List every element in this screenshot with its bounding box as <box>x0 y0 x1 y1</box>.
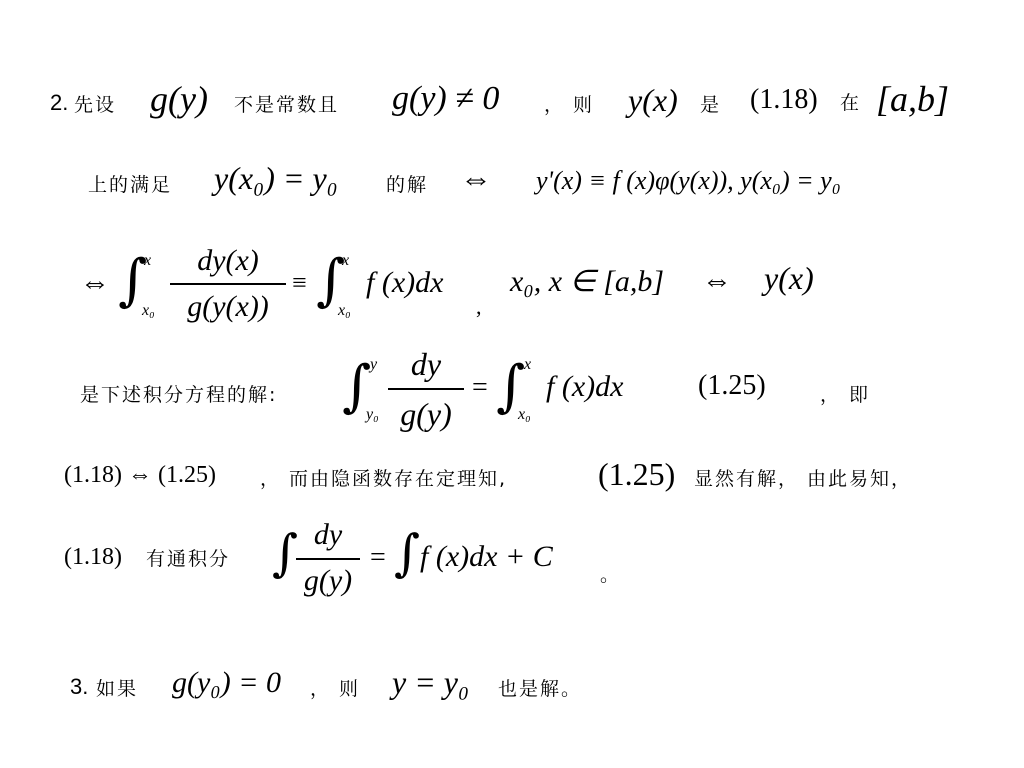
text: ， 即 <box>820 380 870 407</box>
integral-lower-limit: y₀ <box>366 406 379 424</box>
item2-line3: ⇔ ∫ x x₀ dy(x) g(y(x)) ≡ ∫ x x₀ f (x)dx … <box>80 240 840 330</box>
text: 如果 <box>96 674 138 701</box>
math-y-x: y(x) <box>764 260 814 297</box>
text: ， 而由隐函数存在定理知, <box>260 464 507 491</box>
integral-sign: ∫ <box>272 524 298 582</box>
equiv-sign: ≡ <box>292 268 307 298</box>
period: 。 <box>600 560 621 587</box>
integrand: f (x)dx <box>366 266 443 300</box>
integral-upper-limit: x <box>524 356 531 374</box>
integral-upper-limit: y <box>370 356 377 374</box>
equals-sign: = <box>370 542 386 574</box>
comma: , <box>476 294 482 320</box>
math-g-y: g(y) <box>150 78 208 120</box>
item2-number: 2. <box>50 90 68 116</box>
equivalence-arrow: ⇔ <box>80 266 110 300</box>
fraction-bar <box>170 283 286 285</box>
math-y-x: y(x) <box>628 82 678 119</box>
equation-ref: (1.18) <box>750 84 818 116</box>
fraction-numerator: dy <box>296 518 360 552</box>
integral-upper-limit: x <box>342 252 349 270</box>
text: 在 <box>840 88 861 115</box>
math-domain-condition: x₀, x ∈ [a,b] <box>510 264 664 299</box>
text: 也是解。 <box>498 674 582 701</box>
integral-sign: ∫ <box>394 524 420 582</box>
math-ode: y'(x) ≡ f (x)φ(y(x)), y(x₀) = y₀ <box>536 166 841 196</box>
fraction-bar <box>296 558 360 560</box>
equals-sign: = <box>472 372 488 404</box>
item2-line4: 是下述积分方程的解: ∫ y y₀ dy g(y) = ∫ x x₀ f (x)… <box>80 344 900 439</box>
integral-upper-limit: x <box>144 252 151 270</box>
fraction-numerator: dy(x) <box>170 244 286 278</box>
integrand-plus-constant: f (x)dx + C <box>420 540 553 574</box>
integral-lower-limit: x₀ <box>518 406 531 424</box>
equivalence-arrow: ⇔ <box>702 264 732 298</box>
fraction-denominator: g(y) <box>388 396 464 433</box>
equation-ref: (1.18) <box>64 544 122 571</box>
text: 先设 <box>74 90 116 117</box>
math-g-ne-0: g(y) ≠ 0 <box>392 80 499 118</box>
fraction-denominator: g(y) <box>296 564 360 598</box>
fraction-numerator: dy <box>388 346 464 383</box>
item2-line6: (1.18) 有通积分 ∫ dy g(y) = ∫ f (x)dx + C 。 <box>64 516 664 606</box>
equation-ref: (1.25) <box>598 456 675 493</box>
integral-lower-limit: x₀ <box>338 302 351 320</box>
math-g-y0-zero: g(y₀) = 0 <box>172 666 281 700</box>
text: 有通积分 <box>146 544 230 571</box>
integral-lower-limit: x₀ <box>142 302 155 320</box>
integrand: f (x)dx <box>546 370 623 404</box>
text: 不是常数且 <box>234 90 339 117</box>
math-equivalence: (1.18) ⇔ (1.25) <box>64 462 216 489</box>
equivalence-arrow: ⇔ <box>460 160 492 197</box>
text: ， 则 <box>544 90 594 117</box>
math-initial-condition: y(x₀) = y₀ <box>214 160 338 197</box>
math-y-equals-y0: y = y₀ <box>392 664 469 701</box>
text: 是 <box>700 90 721 117</box>
text: 的解 <box>386 170 428 197</box>
fraction-denominator: g(y(x)) <box>170 290 286 324</box>
math-interval: [a,b] <box>876 78 949 120</box>
item3-number: 3. <box>70 674 88 700</box>
equation-label: (1.25) <box>698 370 766 402</box>
fraction-bar <box>388 388 464 390</box>
text: 显然有解， 由此易知， <box>694 464 912 491</box>
text: 是下述积分方程的解: <box>80 380 277 407</box>
text: ， 则 <box>310 674 360 701</box>
text: 上的满足 <box>88 170 172 197</box>
